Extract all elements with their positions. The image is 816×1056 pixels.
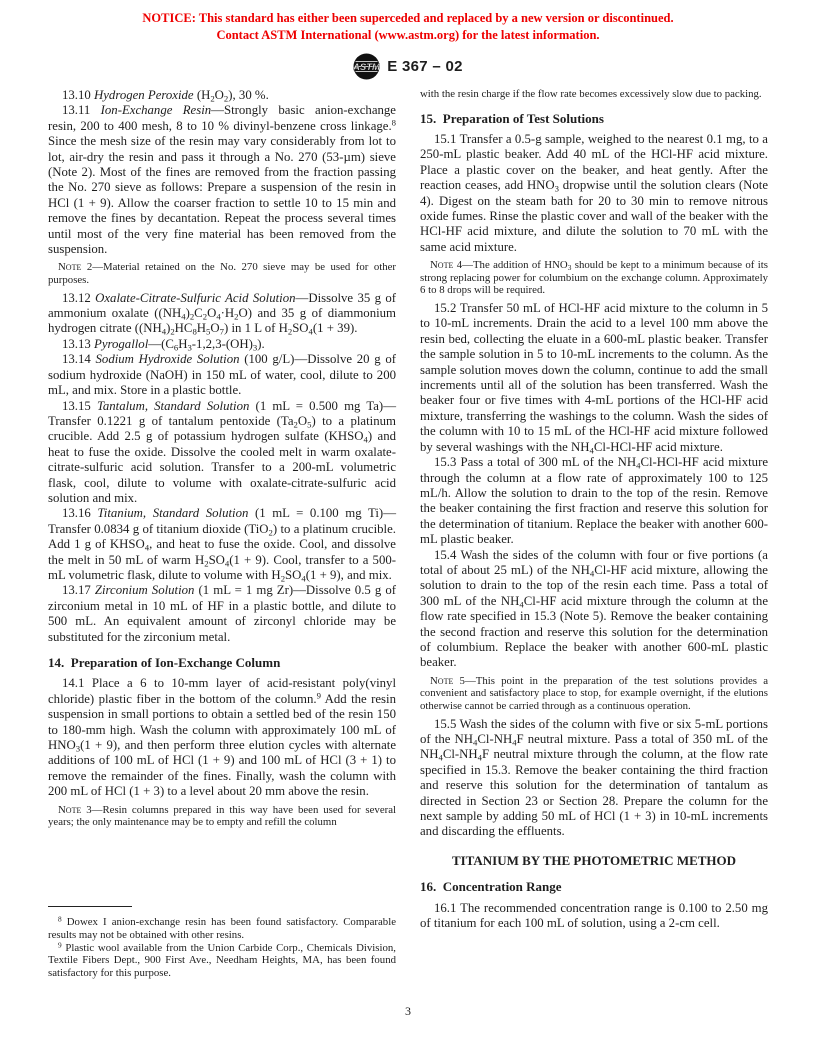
footnote-rule bbox=[48, 906, 132, 907]
notice-line1: NOTICE: This standard has either been su… bbox=[0, 10, 816, 27]
para-16-1: 16.1 The recommended concentration range… bbox=[420, 901, 768, 932]
note-4: Note 4—The addition of HNO3 should be ke… bbox=[420, 259, 768, 297]
para-13-17: 13.17 Zirconium Solution (1 mL = 1 mg Zr… bbox=[48, 583, 396, 645]
para-15-5: 15.5 Wash the sides of the column with f… bbox=[420, 717, 768, 840]
notice-line2: Contact ASTM International (www.astm.org… bbox=[0, 27, 816, 44]
notice: NOTICE: This standard has either been su… bbox=[0, 10, 816, 43]
note-2: Note 2—Material retained on the No. 270 … bbox=[48, 261, 396, 286]
section-15-heading: 15. Preparation of Test Solutions bbox=[420, 111, 768, 126]
right-column: with the resin charge if the flow rate b… bbox=[420, 88, 768, 931]
left-column: 13.10 Hydrogen Peroxide (H2O2), 30 %.13.… bbox=[48, 88, 396, 833]
para-13-14: 13.14 Sodium Hydroxide Solution (100 g/L… bbox=[48, 352, 396, 398]
para-13-15: 13.15 Tantalum, Standard Solution (1 mL … bbox=[48, 399, 396, 507]
document-header: ASTM E 367 – 02 bbox=[0, 53, 816, 80]
note-3-continued: with the resin charge if the flow rate b… bbox=[420, 88, 768, 101]
page-number: 3 bbox=[0, 1004, 816, 1019]
document-page: NOTICE: This standard has either been su… bbox=[0, 0, 816, 1056]
footnote-9: 9 Plastic wool available from the Union … bbox=[48, 942, 396, 980]
section-14-heading: 14. Preparation of Ion-Exchange Column bbox=[48, 655, 396, 670]
para-15-2: 15.2 Transfer 50 mL of HCl-HF acid mixtu… bbox=[420, 301, 768, 455]
para-13-13: 13.13 Pyrogallol—(C6H3-1,2,3-(OH)3). bbox=[48, 337, 396, 352]
note-3: Note 3—Resin columns prepared in this wa… bbox=[48, 804, 396, 829]
standard-designation: E 367 – 02 bbox=[387, 58, 463, 75]
para-13-12: 13.12 Oxalate-Citrate-Sulfuric Acid Solu… bbox=[48, 291, 396, 337]
para-13-16: 13.16 Titanium, Standard Solution (1 mL … bbox=[48, 506, 396, 583]
section-16-heading: 16. Concentration Range bbox=[420, 879, 768, 894]
footnote-items: 8 Dowex I anion-exchange resin has been … bbox=[48, 916, 396, 980]
astm-logo-text: ASTM bbox=[353, 62, 380, 73]
para-15-1: 15.1 Transfer a 0.5-g sample, weighed to… bbox=[420, 132, 768, 255]
note-5: Note 5—This point in the preparation of … bbox=[420, 675, 768, 713]
footnote-8: 8 Dowex I anion-exchange resin has been … bbox=[48, 916, 396, 942]
titanium-method-heading: TITANIUM BY THE PHOTOMETRIC METHOD bbox=[420, 853, 768, 868]
para-13-11: 13.11 Ion-Exchange Resin—Strongly basic … bbox=[48, 103, 396, 257]
footnotes: 8 Dowex I anion-exchange resin has been … bbox=[48, 906, 396, 980]
para-14-1: 14.1 Place a 6 to 10-mm layer of acid-re… bbox=[48, 676, 396, 799]
para-15-3: 15.3 Pass a total of 300 mL of the NH4Cl… bbox=[420, 455, 768, 547]
para-15-4: 15.4 Wash the sides of the column with f… bbox=[420, 548, 768, 671]
para-13-10: 13.10 Hydrogen Peroxide (H2O2), 30 %. bbox=[48, 88, 396, 103]
astm-logo: ASTM bbox=[353, 53, 380, 80]
